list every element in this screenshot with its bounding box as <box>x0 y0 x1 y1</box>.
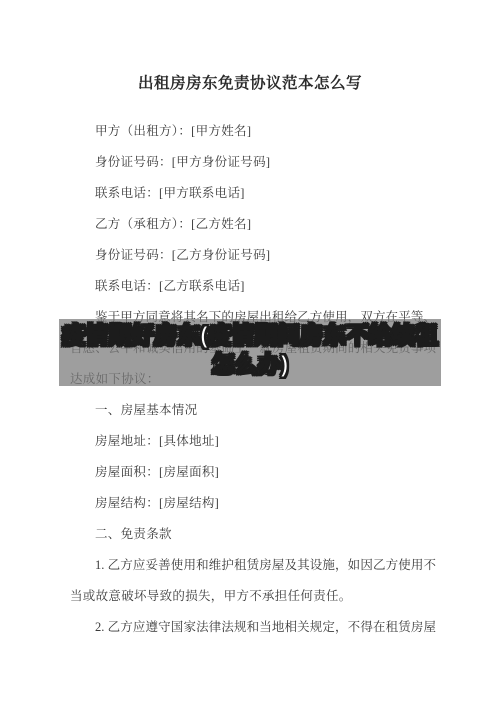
overlay-headline-line-2: 怎么办) <box>0 350 500 379</box>
document-clause-2-line-1: 2. 乙方应遵守国家法律法规和当地相关规定，不得在租赁房屋 <box>70 612 436 643</box>
document-section-1-heading: 一、房屋基本情况 <box>70 395 436 426</box>
overlay-headline: 疫情期好房东(疫情期间房东不给续租 怎么办) <box>0 321 500 378</box>
document-line-house-area: 房屋面积：[房屋面积] <box>70 457 436 488</box>
document-title: 出租房房东免责协议范本怎么写 <box>0 71 500 93</box>
document-line-party-b-phone: 联系电话：[乙方联系电话] <box>70 271 436 302</box>
overlay-headline-line-1: 疫情期好房东(疫情期间房东不给续租 <box>0 321 500 350</box>
document-line-party-a-phone: 联系电话：[甲方联系电话] <box>70 178 436 209</box>
document-clause-1-line-2: 当或故意破坏导致的损失，甲方不承担任何责任。 <box>70 581 436 612</box>
document-line-party-a-id: 身份证号码：[甲方身份证号码] <box>70 147 436 178</box>
document-page: 出租房房东免责协议范本怎么写 甲方（出租方）：[甲方姓名] 身份证号码：[甲方身… <box>0 0 500 706</box>
document-line-house-address: 房屋地址：[具体地址] <box>70 426 436 457</box>
document-line-house-structure: 房屋结构：[房屋结构] <box>70 488 436 519</box>
document-line-party-a: 甲方（出租方）：[甲方姓名] <box>70 116 436 147</box>
document-section-2-heading: 二、免责条款 <box>70 519 436 550</box>
document-clause-1-line-1: 1. 乙方应妥善使用和维护租赁房屋及其设施，如因乙方使用不 <box>70 550 436 581</box>
document-line-party-b-id: 身份证号码：[乙方身份证号码] <box>70 240 436 271</box>
document-line-party-b: 乙方（承租方）：[乙方姓名] <box>70 209 436 240</box>
